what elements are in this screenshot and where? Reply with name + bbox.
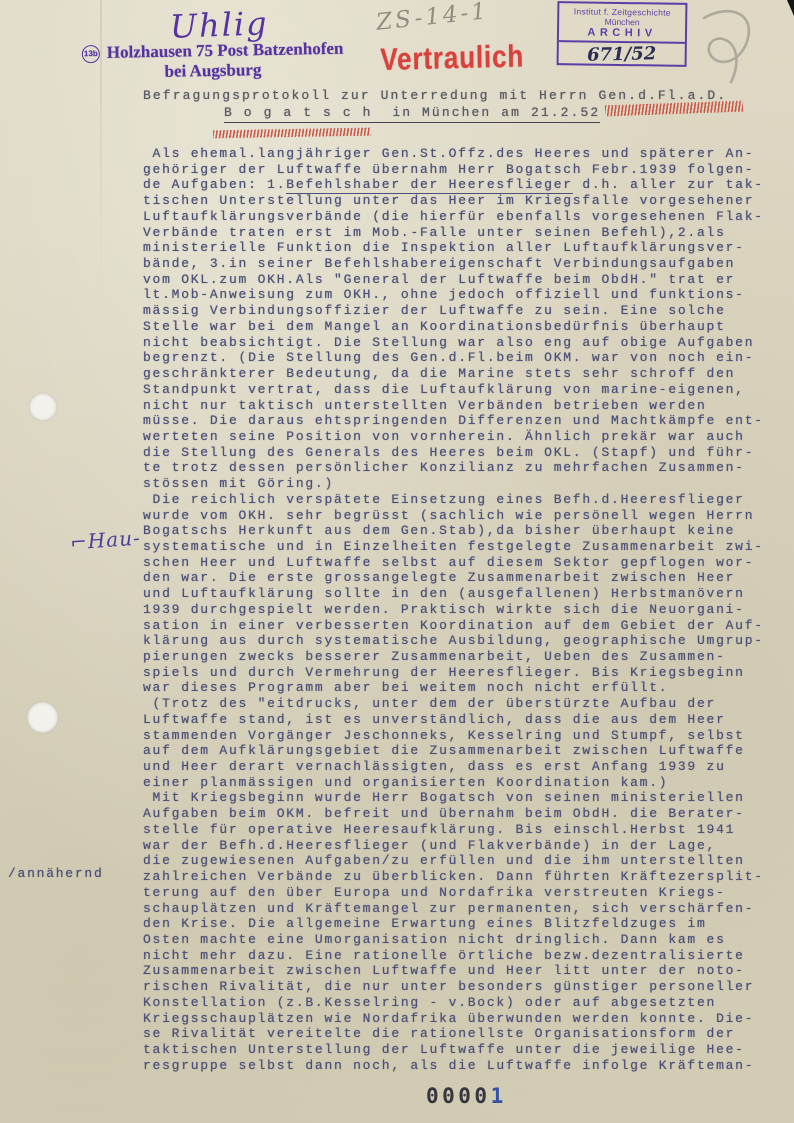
body-line: terung auf den über Europa und Nordafrik… [143, 885, 764, 901]
body-line: klärung aus durch systematische Ausbildu… [143, 633, 764, 649]
body-line: pierungen zwecks besserer Zusammenarbeit… [143, 649, 764, 665]
body-line: die Stellung des Generals des Heeres bei… [143, 445, 764, 461]
pencil-reference-number: ZS-14-1 [375, 0, 490, 36]
body-line: tischen Unterstellung unter das Heer im … [143, 193, 764, 209]
archive-stamp: Institut f. Zeitgeschichte München ARCHI… [557, 1, 688, 67]
body-line: Luftaufklärungsverbände (die hierfür ebe… [143, 209, 764, 225]
body-line: ministerielle Funktion die Inspektion al… [143, 240, 764, 256]
body-line: systematische und in Einzelheiten festge… [143, 539, 764, 555]
body-line: Osten machte eine Umorganisation nicht d… [143, 932, 764, 948]
body-line: 1939 durchgespielt werden. Praktisch wir… [143, 602, 764, 618]
body-text: Als ehemal.langjähriger Gen.St.Offz.des … [143, 146, 764, 1073]
body-line: Zusammenarbeit zwischen Luftwaffe und He… [143, 963, 764, 979]
address-stamp-line1-text: Holzhausen 75 Post Batzenhofen [107, 39, 344, 62]
body-line: Die reichlich verspätete Einsetzung eine… [143, 492, 764, 508]
body-line: vom OKL.zum OKH.Als "General der Luftwaf… [143, 272, 764, 288]
document-page: Uhlig 13bHolzhausen 75 Post Batzenhofen … [0, 0, 794, 1123]
body-line: Konstellation (z.B.Kesselring - v.Bock) … [143, 995, 764, 1011]
body-line: Stelle war bei dem Mangel an Koordinatio… [143, 319, 764, 335]
body-line: nicht beabsichtigt. Die Stellung war als… [143, 335, 764, 351]
body-line: schauplätzen und Kräftemangel zur perman… [143, 901, 764, 917]
body-line: nicht mehr dazu. Eine rationelle örtlich… [143, 948, 764, 964]
hole-punch [29, 393, 57, 421]
body-line: die zugewiesenen Aufgaben/zu erfüllen un… [143, 853, 764, 869]
body-line: Luftwaffe stand, ist es unverständlich, … [143, 712, 764, 728]
body-line: te trotz dessen persönlicher Konzilianz … [143, 460, 764, 476]
body-line: wurde vom OKH. sehr begrüsst (sachlich w… [143, 508, 764, 524]
postal-district-badge: 13b [82, 45, 100, 63]
body-line: Kriegsschauplätzen wie Nordafrika überwu… [143, 1011, 764, 1027]
hole-punch [27, 702, 58, 733]
body-line: auf dem Aufklärungsgebiet die Zusammenar… [143, 743, 764, 759]
page-number-last-digit: 1 [491, 1084, 507, 1108]
body-line: den war. Die erste grossangelegte Zusamm… [143, 570, 764, 586]
body-line: nicht nur taktisch unterstellten Verbänd… [143, 398, 764, 414]
body-line: werteten seine Position von vornherein. … [143, 429, 764, 445]
body-line: stammenden Vorgänger Jeschonneks, Kessel… [143, 728, 764, 744]
body-line: lt.Mob-Anweisung zum OKH., ohne jedoch o… [143, 287, 764, 303]
body-line: geschränkterer Bedeutung, da die Marine … [143, 366, 764, 382]
body-line: Als ehemal.langjähriger Gen.St.Offz.des … [143, 146, 764, 162]
scan-corner-mark [787, 0, 794, 16]
title-line1: Befragungsprotokoll zur Unterredung mit … [143, 88, 727, 104]
pencil-mark [676, 4, 780, 90]
red-underline-mark [213, 128, 371, 139]
page-number-main: 0000 [426, 1084, 491, 1108]
body-line: de Aufgaben: 1.Befehlshaber der Heeresfl… [143, 177, 764, 193]
handwritten-margin-note: ⌐Hau- [69, 526, 141, 555]
body-line: Bogatschs Herkunft aus dem Gen.Stab),da … [143, 523, 764, 539]
body-line: stelle für operative Heeresaufklärung. B… [143, 822, 764, 838]
body-line: mässig Verbindungsoffizier der Luftwaffe… [143, 303, 764, 319]
body-line: Mit Kriegsbeginn wurde Herr Bogatsch von… [143, 790, 764, 806]
typed-margin-note: /annähernd [8, 866, 104, 881]
page-number-stamp: 00001 [426, 1084, 507, 1108]
body-line: se Rivalität vereitelte die rationellste… [143, 1026, 764, 1042]
body-line: und Heer derart vernachlässigten, dass e… [143, 759, 764, 775]
body-line: bände, 3.in seiner Befehlshabereigenscha… [143, 256, 764, 272]
body-line: müsse. Die daraus ehtspringenden Differe… [143, 413, 764, 429]
body-line: Verbände traten erst im Mob.-Falle unter… [143, 225, 764, 241]
body-line: den Krise. Die allgemeine Erwartung eine… [143, 916, 764, 932]
body-line: schen Heer und Luftwaffe selbst auf dies… [143, 555, 764, 571]
body-line: gehöriger der Luftwaffe übernahm Herr Bo… [143, 162, 764, 178]
body-line: spiels und durch Vermehrung der Heeresfl… [143, 665, 764, 681]
body-line: und Luftaufklärung sollte in den (ausgef… [143, 586, 764, 602]
body-line: Standpunkt vertrat, dass die Luftaufklär… [143, 382, 764, 398]
confidential-stamp: Vertraulich [380, 38, 524, 78]
body-line: (Trotz des "eitdrucks, unter dem der übe… [143, 696, 764, 712]
underlined-phrase: Befehlshaber der Heeresflieger [286, 177, 573, 194]
body-line: rischen Rivalität, die nur unter besonde… [143, 979, 764, 995]
archive-stamp-archiv-label: ARCHIV [559, 26, 685, 44]
archive-accession-number: 671/52 [559, 43, 685, 67]
body-line: stössen mit Göring.) [143, 476, 764, 492]
body-line: begrenzt. (Die Stellung des Gen.d.Fl.bei… [143, 350, 764, 366]
body-line: taktischen Unterstellung der Luftwaffe u… [143, 1042, 764, 1058]
body-line: war der Befh.d.Heeresflieger (und Flakve… [143, 838, 764, 854]
body-line: einer planmässigen und organisierten Koo… [143, 775, 764, 791]
body-line: sation in einer verbesserten Koordinatio… [143, 618, 764, 634]
body-line: Aufgaben beim OKM. befreit und übernahm … [143, 806, 764, 822]
address-stamp: 13bHolzhausen 75 Post Batzenhofen bei Au… [82, 39, 344, 84]
body-line: zahlreichen Verbände zu überblicken. Dan… [143, 869, 764, 885]
body-line: war dieses Programm aber bei weitem noch… [143, 680, 764, 696]
title-line2-text: B o g a t s c h in München am 21.2.52 [224, 105, 600, 123]
body-line: resgruppe selbst dann noch, als die Luft… [143, 1058, 764, 1074]
